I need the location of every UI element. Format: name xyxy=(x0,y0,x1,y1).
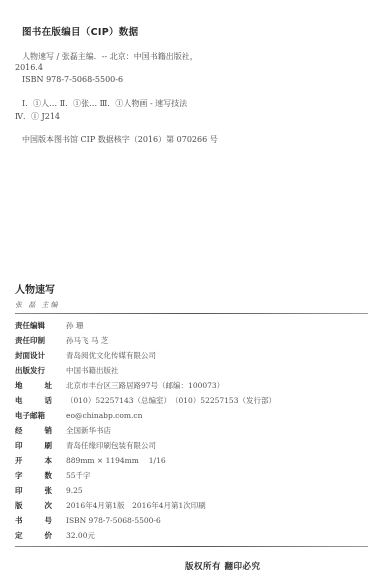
cip-line-5: Ⅳ．① J214 xyxy=(15,111,60,122)
detail-label: 电子邮箱 xyxy=(15,410,52,421)
book-title: 人物速写 xyxy=(15,281,55,296)
cip-line-1: 人物速写 / 张磊主编．-- 北京：中国书籍出版社， xyxy=(22,51,198,62)
detail-value: 孙 珊 xyxy=(66,320,83,331)
detail-row: 责任印制 孙马飞 马 芝 xyxy=(15,334,108,347)
detail-row: 字数 55千字 xyxy=(15,469,91,482)
detail-label: 字数 xyxy=(15,470,52,481)
detail-label: 经销 xyxy=(15,425,52,436)
detail-label: 印刷 xyxy=(15,440,52,451)
detail-row: 电话 （010）52257143（总编室） （010）52257153（发行部） xyxy=(15,394,276,407)
detail-label: 定价 xyxy=(15,530,52,541)
cip-line-6: 中国版本图书馆 CIP 数据核字（2016）第 070266 号 xyxy=(22,134,218,145)
detail-row: 印张 9.25 xyxy=(15,484,83,497)
detail-label: 责任印制 xyxy=(15,335,52,346)
cip-title: 图书在版编目（CIP）数据 xyxy=(22,24,138,38)
detail-label: 印张 xyxy=(15,485,52,496)
detail-row: 书号 ISBN 978-7-5068-5500-6 xyxy=(15,514,161,527)
detail-value: 2016年4月第1版 2016年4月第1次印刷 xyxy=(66,500,206,511)
detail-row: 印刷 青岛任缘印刷包装有限公司 xyxy=(15,439,156,452)
detail-value: 32.00元 xyxy=(66,530,95,541)
detail-value: 北京市丰台区三路居路97号（邮编：100073） xyxy=(66,380,224,391)
top-divider xyxy=(15,313,368,314)
detail-value: （010）52257143（总编室） （010）52257153（发行部） xyxy=(66,395,276,406)
detail-label: 版次 xyxy=(15,500,52,511)
detail-label: 责任编辑 xyxy=(15,320,52,331)
detail-value: 889mm × 1194mm 1/16 xyxy=(66,455,166,466)
detail-row: 出版发行 中国书籍出版社 xyxy=(15,364,119,377)
detail-row: 开本 889mm × 1194mm 1/16 xyxy=(15,454,166,467)
detail-row: 责任编辑 孙 珊 xyxy=(15,319,83,332)
detail-value: eo@chinabp.com.cn xyxy=(66,411,142,420)
cip-line-4: Ⅰ．①人… Ⅱ．①张… Ⅲ．①人物画 - 速写技法 xyxy=(22,98,187,109)
detail-value: 青岛任缘印刷包装有限公司 xyxy=(66,440,156,451)
detail-label: 电话 xyxy=(15,395,52,406)
detail-label: 地址 xyxy=(15,380,52,391)
cip-line-3: ISBN 978-7-5068-5500-6 xyxy=(22,75,123,84)
book-author: 张 磊 主编 xyxy=(15,300,59,310)
detail-value: 9.25 xyxy=(66,486,83,495)
detail-value: 青岛阅优文化传媒有限公司 xyxy=(66,350,156,361)
detail-row: 电子邮箱 eo@chinabp.com.cn xyxy=(15,409,142,422)
detail-value: 55千字 xyxy=(66,470,91,481)
detail-value: 中国书籍出版社 xyxy=(66,365,119,376)
bottom-divider xyxy=(15,546,368,547)
detail-label: 开本 xyxy=(15,455,52,466)
detail-row: 封面设计 青岛阅优文化传媒有限公司 xyxy=(15,349,156,362)
detail-value: 孙马飞 马 芝 xyxy=(66,335,108,346)
detail-row: 地址 北京市丰台区三路居路97号（邮编：100073） xyxy=(15,379,224,392)
detail-label: 封面设计 xyxy=(15,350,52,361)
detail-label: 书号 xyxy=(15,515,52,526)
cip-line-2: 2016.4 xyxy=(15,63,43,72)
detail-row: 经销 全国新华书店 xyxy=(15,424,111,437)
detail-value: 全国新华书店 xyxy=(66,425,111,436)
detail-row: 版次 2016年4月第1版 2016年4月第1次印刷 xyxy=(15,499,206,512)
copyright-notice: 版权所有 翻印必究 xyxy=(185,560,260,572)
detail-label: 出版发行 xyxy=(15,365,52,376)
detail-row: 定价 32.00元 xyxy=(15,529,95,542)
detail-value: ISBN 978-7-5068-5500-6 xyxy=(66,516,161,525)
